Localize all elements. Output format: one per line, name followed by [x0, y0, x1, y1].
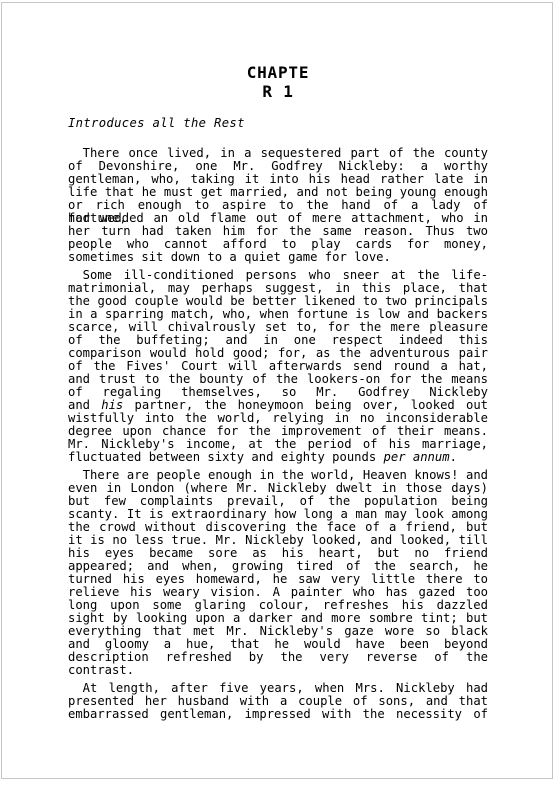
- text-line: fluctuated between sixty and eighty poun…: [68, 451, 488, 464]
- paragraph: There once lived, in a sequestered part …: [68, 147, 488, 264]
- page-body: There once lived, in a sequestered part …: [68, 147, 488, 721]
- chapter-title: CHAPTE R 1: [68, 0, 488, 101]
- paragraph: Some ill-conditioned persons who sneer a…: [68, 269, 488, 464]
- paragraph: At length, after five years, when Mrs. N…: [68, 682, 488, 721]
- text-line: embarrassed gentleman, impressed with th…: [68, 708, 488, 721]
- text-line: contrast.: [68, 664, 488, 677]
- paragraph: There are people enough in the world, He…: [68, 469, 488, 677]
- book-page: CHAPTE R 1 Introduces all the Rest There…: [68, 0, 488, 726]
- chapter-subtitle: Introduces all the Rest: [68, 117, 488, 130]
- text-line: sometimes sit down to a quiet game for l…: [68, 251, 488, 264]
